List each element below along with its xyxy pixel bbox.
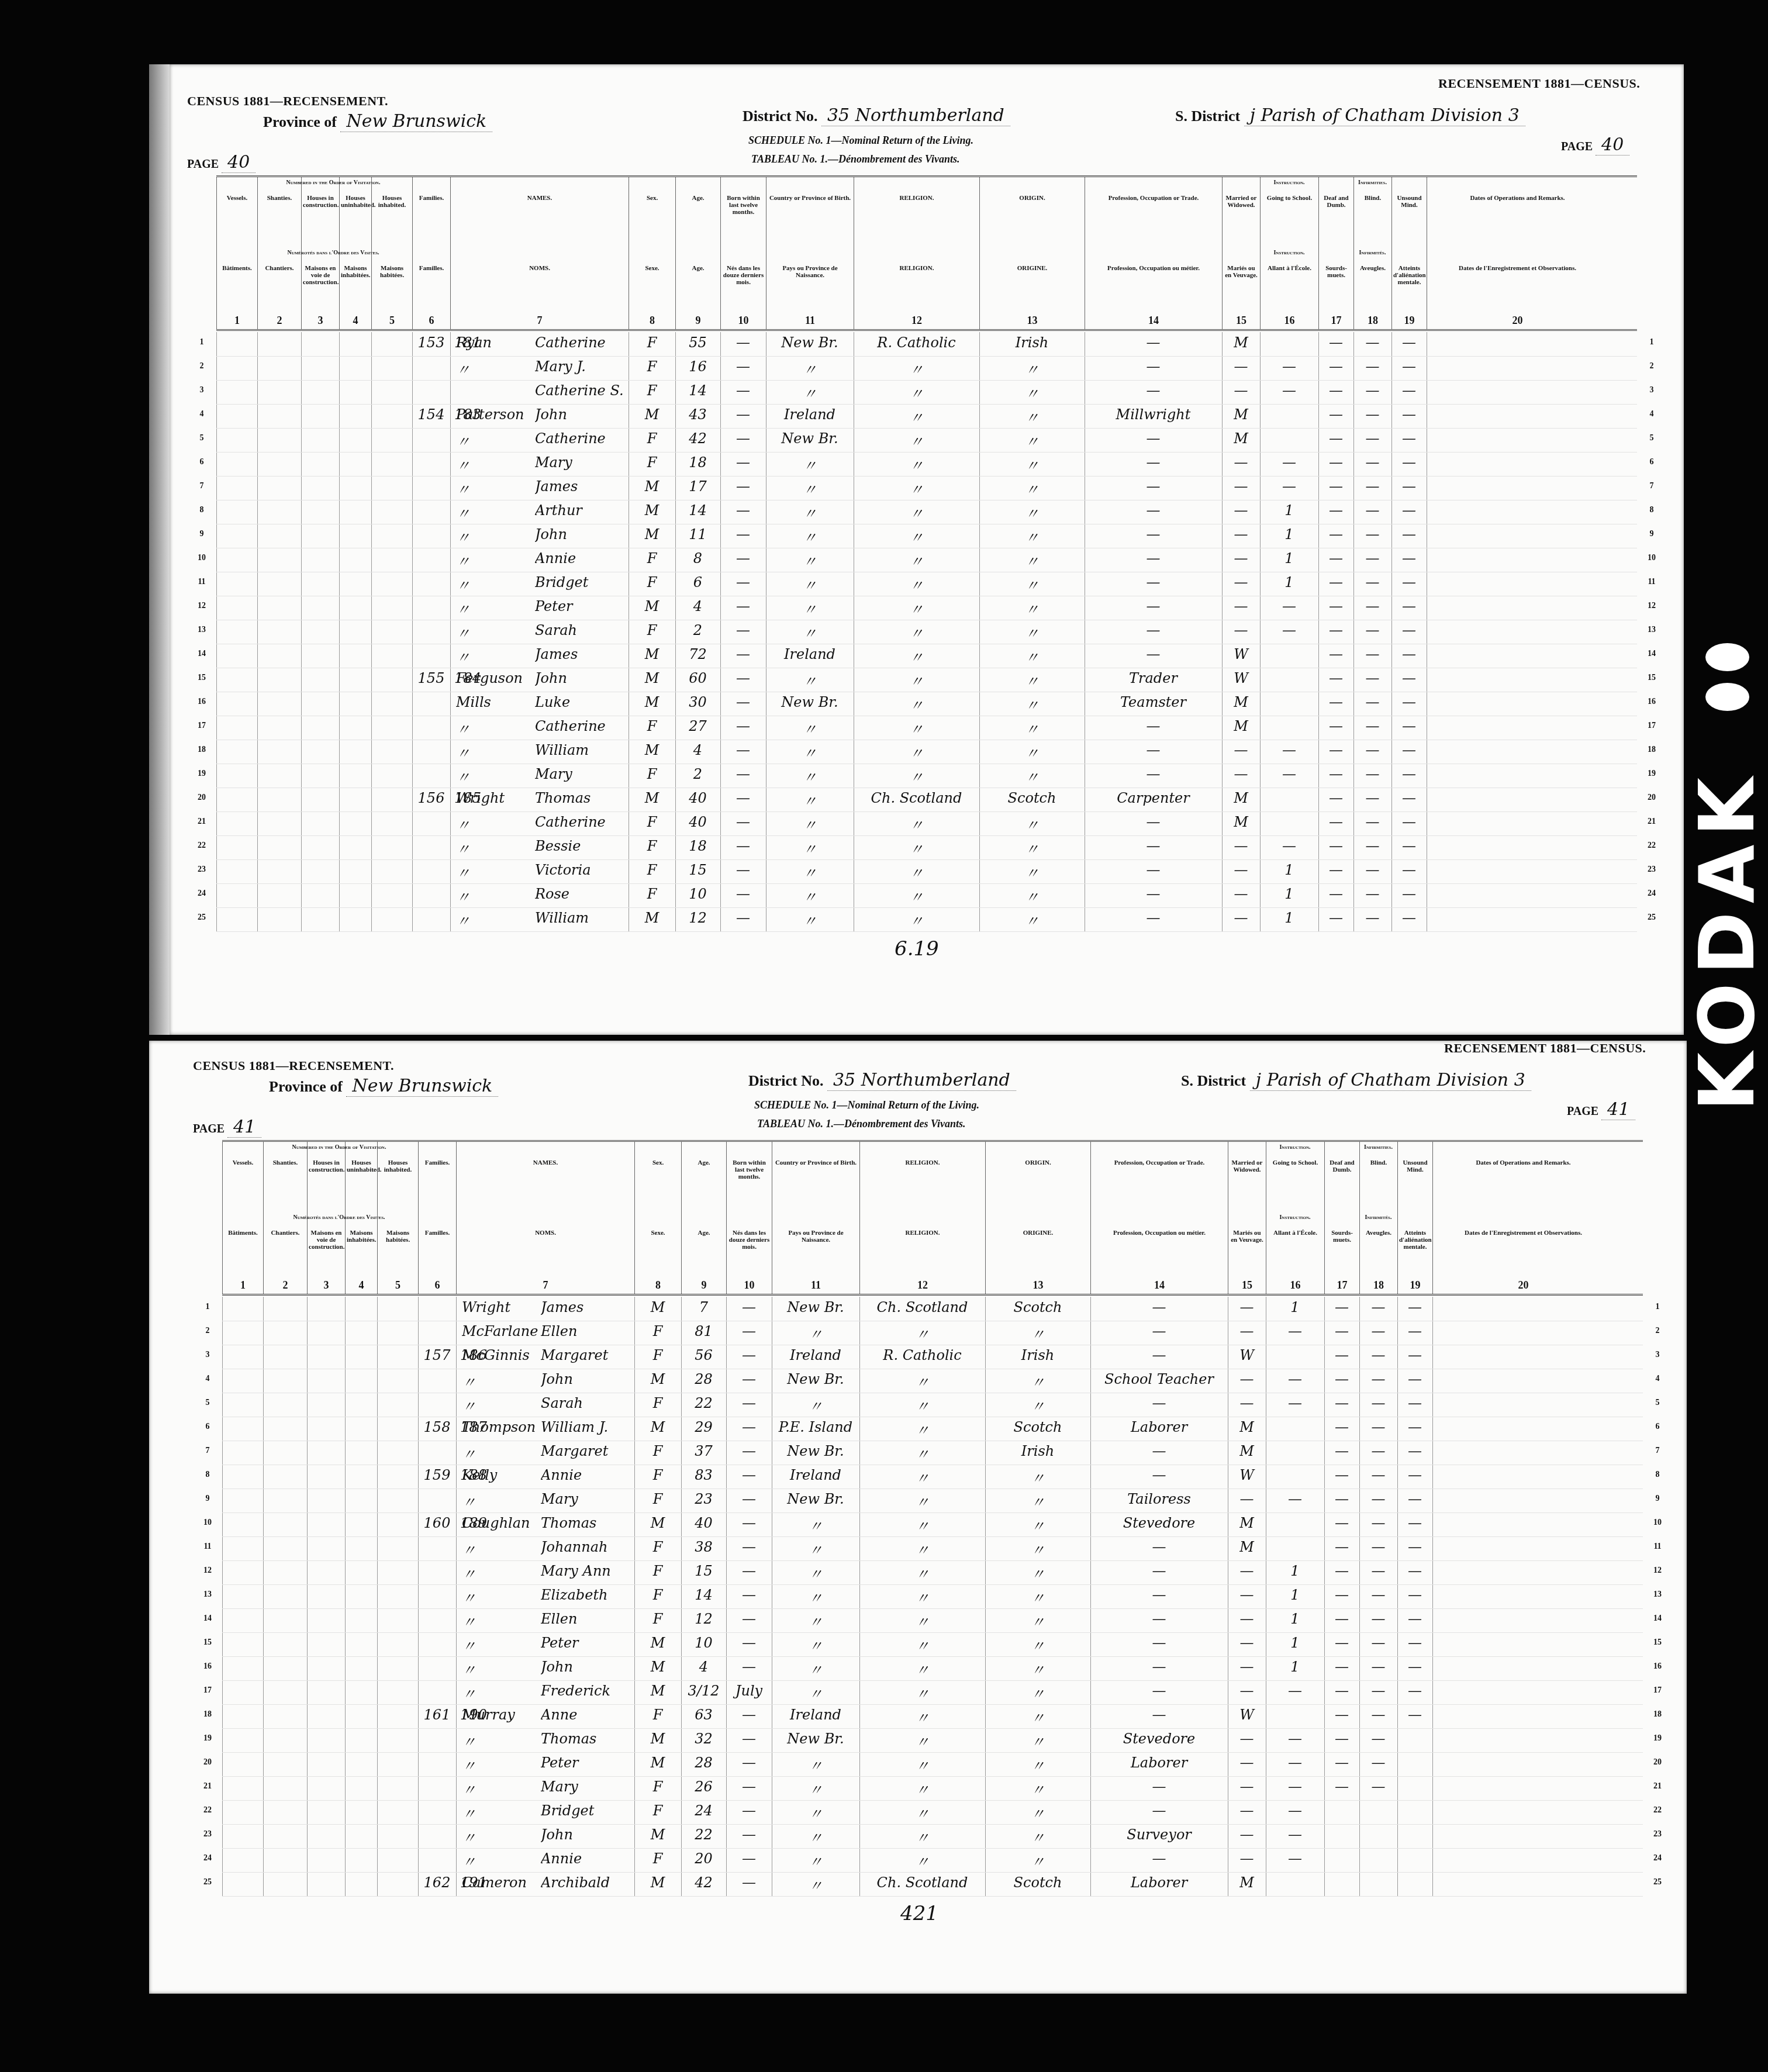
house-number-cell: 158: [418, 1419, 456, 1435]
origin-cell: 〃: [985, 1731, 1090, 1751]
marital-status-cell: —: [1222, 766, 1260, 782]
marital-status-cell: W: [1222, 646, 1260, 662]
born-last-12-months-cell: —: [720, 766, 766, 782]
birthplace-cell: New Br.: [766, 430, 854, 447]
surname-cell: 〃: [462, 1850, 544, 1871]
sex-cell: F: [634, 1707, 681, 1723]
born-last-12-months-cell: —: [720, 790, 766, 806]
unsound-mind-cell: —: [1391, 910, 1427, 926]
sex-cell: M: [634, 1731, 681, 1747]
given-name-cell: Mary: [535, 454, 629, 471]
line-number-right: 3: [1649, 1351, 1666, 1360]
religion-cell: 〃: [854, 814, 979, 834]
sex-cell: F: [634, 1347, 681, 1363]
birthplace-cell: 〃: [766, 886, 854, 906]
table-row: 44〃JohnM28—New Br.〃〃School Teacher—————: [222, 1369, 1643, 1393]
line-number-right: 6: [1643, 458, 1660, 467]
line-number-left: 16: [199, 1662, 216, 1672]
deaf-and-dumb-cell: —: [1324, 1395, 1359, 1411]
line-number-left: 12: [199, 1566, 216, 1576]
line-number-left: 20: [193, 793, 210, 803]
line-number-left: 15: [193, 674, 210, 683]
line-number-left: 21: [193, 817, 210, 827]
given-name-cell: Margaret: [541, 1443, 634, 1459]
surname-cell: 〃: [456, 910, 538, 930]
age-cell: 42: [675, 430, 720, 447]
page-number-right: PAGE 41: [1567, 1099, 1635, 1120]
going-to-school-cell: 1: [1266, 1587, 1324, 1603]
subdistrict-label: S. District: [1175, 108, 1240, 125]
line-number-left: 20: [199, 1758, 216, 1767]
unsound-mind-cell: —: [1391, 358, 1427, 375]
age-cell: 40: [675, 790, 720, 806]
blind-cell: —: [1353, 406, 1391, 423]
deaf-and-dumb-cell: —: [1324, 1347, 1359, 1363]
age-cell: 27: [675, 718, 720, 734]
age-cell: 37: [681, 1443, 726, 1459]
marital-status-cell: M: [1228, 1874, 1266, 1891]
occupation-cell: —: [1090, 1611, 1228, 1627]
marital-status-cell: —: [1222, 454, 1260, 471]
page-number-value: 40: [222, 152, 255, 173]
going-to-school-cell: —: [1260, 766, 1318, 782]
sex-cell: F: [634, 1443, 681, 1459]
column-header-5: Houses inhabited. Maisons habitées. 5: [371, 177, 412, 329]
sex-cell: F: [629, 358, 675, 375]
origin-cell: Irish: [985, 1347, 1090, 1363]
deaf-and-dumb-cell: —: [1318, 910, 1353, 926]
age-cell: 7: [681, 1299, 726, 1315]
sex-cell: M: [629, 694, 675, 710]
table-row: 99〃MaryF23—New Br.〃〃Tailoress—————: [222, 1489, 1643, 1513]
sex-cell: M: [629, 646, 675, 662]
sex-cell: F: [629, 430, 675, 447]
occupation-cell: —: [1090, 1779, 1228, 1795]
blind-cell: —: [1353, 910, 1391, 926]
line-number-left: 3: [199, 1351, 216, 1360]
blind-cell: —: [1359, 1443, 1397, 1459]
born-last-12-months-cell: —: [726, 1419, 772, 1435]
marital-status-cell: —: [1228, 1395, 1266, 1411]
born-last-12-months-cell: —: [726, 1539, 772, 1555]
column-header-2: Shanties. Chantiers. 2: [263, 1142, 307, 1294]
given-name-cell: Elizabeth: [541, 1587, 634, 1603]
sex-cell: F: [634, 1611, 681, 1627]
age-cell: 38: [681, 1539, 726, 1555]
line-number-right: 5: [1643, 434, 1660, 443]
born-last-12-months-cell: —: [726, 1563, 772, 1579]
blind-cell: —: [1359, 1395, 1397, 1411]
given-name-cell: Thomas: [541, 1515, 634, 1531]
birthplace-cell: Ireland: [766, 646, 854, 662]
given-name-cell: John: [535, 526, 629, 543]
deaf-and-dumb-cell: —: [1318, 862, 1353, 878]
given-name-cell: Rose: [535, 886, 629, 902]
line-number-left: 2: [199, 1327, 216, 1336]
surname-cell: 〃: [456, 718, 538, 738]
unsound-mind-cell: —: [1391, 334, 1427, 351]
surname-cell: 〃: [456, 574, 538, 595]
line-number-right: 19: [1643, 769, 1660, 779]
unsound-mind-cell: —: [1397, 1659, 1432, 1675]
sex-cell: M: [629, 478, 675, 495]
origin-cell: 〃: [979, 406, 1085, 427]
origin-cell: 〃: [985, 1826, 1090, 1847]
table-row: 1010〃AnnieF8—〃〃〃——1———: [216, 548, 1637, 572]
occupation-cell: Surveyor: [1090, 1826, 1228, 1843]
age-cell: 24: [681, 1802, 726, 1819]
religion-cell: 〃: [854, 502, 979, 523]
table-row: 66158187ThompsonWilliam J.M29—P.E. Islan…: [222, 1417, 1643, 1441]
occupation-cell: Laborer: [1090, 1755, 1228, 1771]
occupation-cell: —: [1090, 1539, 1228, 1555]
marital-status-cell: M: [1222, 790, 1260, 806]
origin-cell: 〃: [985, 1611, 1090, 1631]
age-cell: 20: [681, 1850, 726, 1867]
age-cell: 28: [681, 1755, 726, 1771]
column-header-19: Unsound Mind. Atteints d'aliénation ment…: [1391, 177, 1427, 329]
marital-status-cell: —: [1222, 526, 1260, 543]
born-last-12-months-cell: —: [726, 1659, 772, 1675]
occupation-cell: —: [1085, 838, 1222, 854]
table-row: 55〃CatherineF42—New Br.〃〃—M———: [216, 428, 1637, 453]
given-name-cell: Peter: [535, 598, 629, 614]
line-number-left: 23: [193, 865, 210, 875]
religion-cell: 〃: [854, 718, 979, 738]
origin-cell: 〃: [979, 862, 1085, 882]
deaf-and-dumb-cell: —: [1324, 1635, 1359, 1651]
deaf-and-dumb-cell: —: [1318, 766, 1353, 782]
marital-status-cell: —: [1222, 358, 1260, 375]
unsound-mind-cell: —: [1397, 1467, 1432, 1483]
blind-cell: —: [1359, 1419, 1397, 1435]
religion-cell: 〃: [854, 670, 979, 690]
given-name-cell: Catherine S.: [535, 382, 629, 399]
religion-cell: 〃: [854, 382, 979, 403]
going-to-school-cell: 1: [1260, 550, 1318, 567]
subdistrict-value: j Parish of Chatham Division 3: [1250, 1070, 1531, 1091]
going-to-school-cell: 1: [1266, 1635, 1324, 1651]
deaf-and-dumb-cell: —: [1324, 1323, 1359, 1339]
district-label: District No.: [748, 1072, 824, 1089]
sex-cell: F: [634, 1539, 681, 1555]
religion-cell: 〃: [859, 1419, 985, 1439]
table-row: 1313〃SarahF2—〃〃〃——————: [216, 620, 1637, 644]
column-header-1: Vessels. Bâtiments. 1: [222, 1142, 263, 1294]
given-name-cell: Mary Ann: [541, 1563, 634, 1579]
film-sprocket-marks: [1705, 643, 1749, 711]
age-cell: 11: [675, 526, 720, 543]
birthplace-cell: New Br.: [772, 1731, 859, 1747]
province-label: Province of: [263, 113, 337, 130]
unsound-mind-cell: —: [1391, 718, 1427, 734]
column-header-20: Dates of Operations and Remarks. Dates d…: [1432, 1142, 1614, 1294]
line-number-right: 23: [1643, 865, 1660, 875]
table-row: 1919〃MaryF2—〃〃〃——————: [216, 764, 1637, 788]
occupation-cell: —: [1085, 478, 1222, 495]
line-number-left: 13: [199, 1590, 216, 1600]
marital-status-cell: M: [1228, 1443, 1266, 1459]
age-cell: 40: [675, 814, 720, 830]
line-number-left: 4: [199, 1375, 216, 1384]
birthplace-cell: New Br.: [766, 334, 854, 351]
surname-cell: 〃: [462, 1802, 544, 1823]
surname-cell: 〃: [462, 1779, 544, 1799]
birthplace-cell: P.E. Island: [772, 1419, 859, 1435]
deaf-and-dumb-cell: —: [1318, 814, 1353, 830]
sex-cell: M: [634, 1515, 681, 1531]
occupation-cell: —: [1085, 550, 1222, 567]
born-last-12-months-cell: —: [720, 406, 766, 423]
column-header-4: Houses uninhabited. Maisons inhabitées. …: [345, 1142, 377, 1294]
blind-cell: —: [1353, 550, 1391, 567]
blind-cell: —: [1353, 670, 1391, 686]
occupation-cell: —: [1085, 598, 1222, 614]
table-row: 2323〃JohnM22—〃〃〃Surveyor——: [222, 1824, 1643, 1849]
deaf-and-dumb-cell: —: [1318, 550, 1353, 567]
blind-cell: —: [1359, 1515, 1397, 1531]
given-name-cell: Ellen: [541, 1323, 634, 1339]
religion-cell: 〃: [859, 1563, 985, 1583]
born-last-12-months-cell: —: [726, 1755, 772, 1771]
birthplace-cell: 〃: [772, 1850, 859, 1871]
blind-cell: —: [1353, 502, 1391, 519]
line-number-left: 24: [199, 1854, 216, 1863]
marital-status-cell: M: [1222, 334, 1260, 351]
blind-cell: —: [1353, 358, 1391, 375]
table-row: 1010160189CoughlanThomasM40—〃〃〃Stevedore…: [222, 1512, 1643, 1537]
table-row: 1616〃JohnM4—〃〃〃——1———: [222, 1656, 1643, 1681]
surname-cell: 〃: [456, 766, 538, 786]
going-to-school-cell: 1: [1266, 1299, 1324, 1315]
given-name-cell: Catherine: [535, 718, 629, 734]
table-row: 2525162191CameronArchibaldM42—〃Ch. Scotl…: [222, 1872, 1643, 1897]
sex-cell: F: [634, 1563, 681, 1579]
age-cell: 18: [675, 838, 720, 854]
given-name-cell: Catherine: [535, 334, 629, 351]
given-name-cell: Catherine: [535, 430, 629, 447]
unsound-mind-cell: —: [1397, 1299, 1432, 1315]
deaf-and-dumb-cell: —: [1318, 790, 1353, 806]
origin-cell: Irish: [979, 334, 1085, 351]
line-number-left: 18: [193, 745, 210, 755]
column-header-7: NAMES. NOMS. 7: [456, 1142, 634, 1294]
unsound-mind-cell: —: [1391, 646, 1427, 662]
given-name-cell: James: [535, 646, 629, 662]
marital-status-cell: —: [1222, 910, 1260, 926]
subdistrict-label: S. District: [1181, 1072, 1246, 1089]
subdistrict-field: S. District j Parish of Chatham Division…: [1181, 1070, 1531, 1090]
going-to-school-cell: 1: [1260, 502, 1318, 519]
blind-cell: —: [1353, 574, 1391, 590]
line-number-left: 24: [193, 889, 210, 899]
deaf-and-dumb-cell: —: [1324, 1683, 1359, 1699]
age-cell: 2: [675, 766, 720, 782]
table-row: 2424〃RoseF10—〃〃〃——1———: [216, 883, 1637, 908]
sex-cell: M: [634, 1755, 681, 1771]
occupation-cell: Stevedore: [1090, 1515, 1228, 1531]
line-number-left: 23: [199, 1830, 216, 1839]
religion-cell: 〃: [859, 1779, 985, 1799]
line-number-left: 6: [193, 458, 210, 467]
going-to-school-cell: 1: [1260, 910, 1318, 926]
born-last-12-months-cell: —: [726, 1515, 772, 1531]
surname-cell: McFarlane: [462, 1323, 544, 1339]
table-row: 2121〃MaryF26—〃〃〃—————: [222, 1776, 1643, 1801]
deaf-and-dumb-cell: —: [1324, 1755, 1359, 1771]
surname-cell: Kelly: [462, 1467, 544, 1483]
origin-cell: 〃: [985, 1850, 1090, 1871]
line-number-left: 22: [193, 841, 210, 851]
line-number-right: 23: [1649, 1830, 1666, 1839]
deaf-and-dumb-cell: —: [1324, 1611, 1359, 1627]
sex-cell: M: [634, 1419, 681, 1435]
sex-cell: M: [634, 1299, 681, 1315]
given-name-cell: Sarah: [535, 622, 629, 638]
religion-cell: 〃: [854, 574, 979, 595]
born-last-12-months-cell: —: [720, 670, 766, 686]
deaf-and-dumb-cell: —: [1318, 430, 1353, 447]
census-page-40: CENSUS 1881—RECENSEMENT.RECENSEMENT 1881…: [170, 64, 1684, 1035]
sex-cell: M: [634, 1635, 681, 1651]
going-to-school-cell: —: [1266, 1779, 1324, 1795]
going-to-school-cell: —: [1260, 838, 1318, 854]
blind-cell: —: [1353, 790, 1391, 806]
occupation-cell: —: [1090, 1850, 1228, 1867]
given-name-cell: William: [535, 742, 629, 758]
occupation-cell: —: [1085, 910, 1222, 926]
unsound-mind-cell: —: [1397, 1707, 1432, 1723]
line-number-right: 7: [1649, 1446, 1666, 1456]
sex-cell: F: [629, 862, 675, 878]
line-number-right: 15: [1649, 1638, 1666, 1648]
birthplace-cell: 〃: [772, 1683, 859, 1703]
birthplace-cell: 〃: [766, 598, 854, 619]
birthplace-cell: 〃: [772, 1779, 859, 1799]
table-row: 1515〃PeterM10—〃〃〃——1———: [222, 1632, 1643, 1657]
religion-cell: 〃: [854, 622, 979, 643]
birthplace-cell: 〃: [766, 454, 854, 475]
birthplace-cell: 〃: [772, 1323, 859, 1344]
district-field: District No. 35 Northumberland: [748, 1070, 1016, 1090]
born-last-12-months-cell: —: [726, 1635, 772, 1651]
born-last-12-months-cell: —: [726, 1707, 772, 1723]
line-number-right: 18: [1649, 1710, 1666, 1719]
surname-cell: 〃: [456, 622, 538, 643]
birthplace-cell: 〃: [766, 910, 854, 930]
column-header-18: Blind. Aveugles. 18: [1359, 1142, 1397, 1294]
table-row: 88159188KellyAnnieF83—Ireland〃〃—W———: [222, 1465, 1643, 1489]
birthplace-cell: New Br.: [772, 1491, 859, 1507]
origin-cell: 〃: [985, 1539, 1090, 1559]
religion-cell: 〃: [859, 1491, 985, 1511]
sex-cell: M: [634, 1371, 681, 1387]
age-cell: 26: [681, 1779, 726, 1795]
going-to-school-cell: —: [1266, 1731, 1324, 1747]
unsound-mind-cell: —: [1391, 670, 1427, 686]
occupation-cell: —: [1085, 358, 1222, 375]
census-title-right: RECENSEMENT 1881—CENSUS.: [1444, 1041, 1646, 1056]
born-last-12-months-cell: July: [726, 1683, 772, 1699]
sex-cell: F: [629, 574, 675, 590]
table-row: 22〃Mary J.F16—〃〃〃——————: [216, 356, 1637, 381]
age-cell: 81: [681, 1323, 726, 1339]
unsound-mind-cell: —: [1397, 1611, 1432, 1627]
line-number-left: 14: [193, 650, 210, 659]
marital-status-cell: —: [1222, 478, 1260, 495]
occupation-cell: —: [1085, 886, 1222, 902]
origin-cell: 〃: [979, 670, 1085, 690]
census-title-left: CENSUS 1881—RECENSEMENT.: [187, 94, 388, 109]
marital-status-cell: M: [1222, 814, 1260, 830]
blind-cell: —: [1353, 862, 1391, 878]
marital-status-cell: —: [1222, 382, 1260, 399]
blind-cell: —: [1353, 766, 1391, 782]
table-row: 2020〃PeterM28—〃〃〃Laborer————: [222, 1752, 1643, 1777]
table-row: 1717〃FrederickM3/12July〃〃〃——————: [222, 1680, 1643, 1705]
line-number-left: 4: [193, 410, 210, 419]
marital-status-cell: M: [1222, 406, 1260, 423]
line-number-left: 12: [193, 602, 210, 611]
house-number-cell: 153: [412, 334, 450, 351]
origin-cell: 〃: [979, 454, 1085, 475]
blind-cell: —: [1359, 1635, 1397, 1651]
age-cell: 56: [681, 1347, 726, 1363]
marital-status-cell: —: [1222, 742, 1260, 758]
occupation-cell: —: [1085, 862, 1222, 878]
occupation-cell: —: [1085, 454, 1222, 471]
born-last-12-months-cell: —: [720, 838, 766, 854]
blind-cell: —: [1359, 1755, 1397, 1771]
surname-cell: 〃: [462, 1491, 544, 1511]
column-header-9: Age. Age. 9: [681, 1142, 726, 1294]
age-cell: 14: [681, 1587, 726, 1603]
origin-cell: 〃: [979, 382, 1085, 403]
occupation-cell: —: [1090, 1635, 1228, 1651]
given-name-cell: Mary: [541, 1779, 634, 1795]
column-header-grid: Numbered in the Order of Visitation.Numé…: [216, 175, 1637, 331]
sex-cell: F: [634, 1587, 681, 1603]
marital-status-cell: —: [1228, 1779, 1266, 1795]
going-to-school-cell: —: [1266, 1802, 1324, 1819]
line-number-right: 22: [1643, 841, 1660, 851]
blind-cell: —: [1353, 454, 1391, 471]
table-row: 66〃MaryF18—〃〃〃——————: [216, 452, 1637, 476]
born-last-12-months-cell: —: [726, 1371, 772, 1387]
origin-cell: 〃: [985, 1323, 1090, 1344]
deaf-and-dumb-cell: —: [1318, 382, 1353, 399]
birthplace-cell: Ireland: [772, 1707, 859, 1723]
occupation-cell: —: [1085, 502, 1222, 519]
origin-cell: 〃: [979, 718, 1085, 738]
blind-cell: —: [1359, 1659, 1397, 1675]
going-to-school-cell: —: [1260, 358, 1318, 375]
given-name-cell: Arthur: [535, 502, 629, 519]
unsound-mind-cell: —: [1391, 742, 1427, 758]
line-number-right: 8: [1649, 1470, 1666, 1480]
line-number-left: 25: [193, 913, 210, 923]
born-last-12-months-cell: —: [726, 1491, 772, 1507]
sex-cell: F: [634, 1323, 681, 1339]
deaf-and-dumb-cell: —: [1324, 1587, 1359, 1603]
province-field: Province of New Brunswick: [269, 1076, 498, 1096]
given-name-cell: Anne: [541, 1707, 634, 1723]
census-page-41: CENSUS 1881—RECENSEMENT.RECENSEMENT 1881…: [149, 1041, 1687, 1994]
column-header-4: Houses uninhabited. Maisons inhabitées. …: [339, 177, 371, 329]
origin-cell: 〃: [979, 502, 1085, 523]
age-cell: 28: [681, 1371, 726, 1387]
given-name-cell: Peter: [541, 1755, 634, 1771]
